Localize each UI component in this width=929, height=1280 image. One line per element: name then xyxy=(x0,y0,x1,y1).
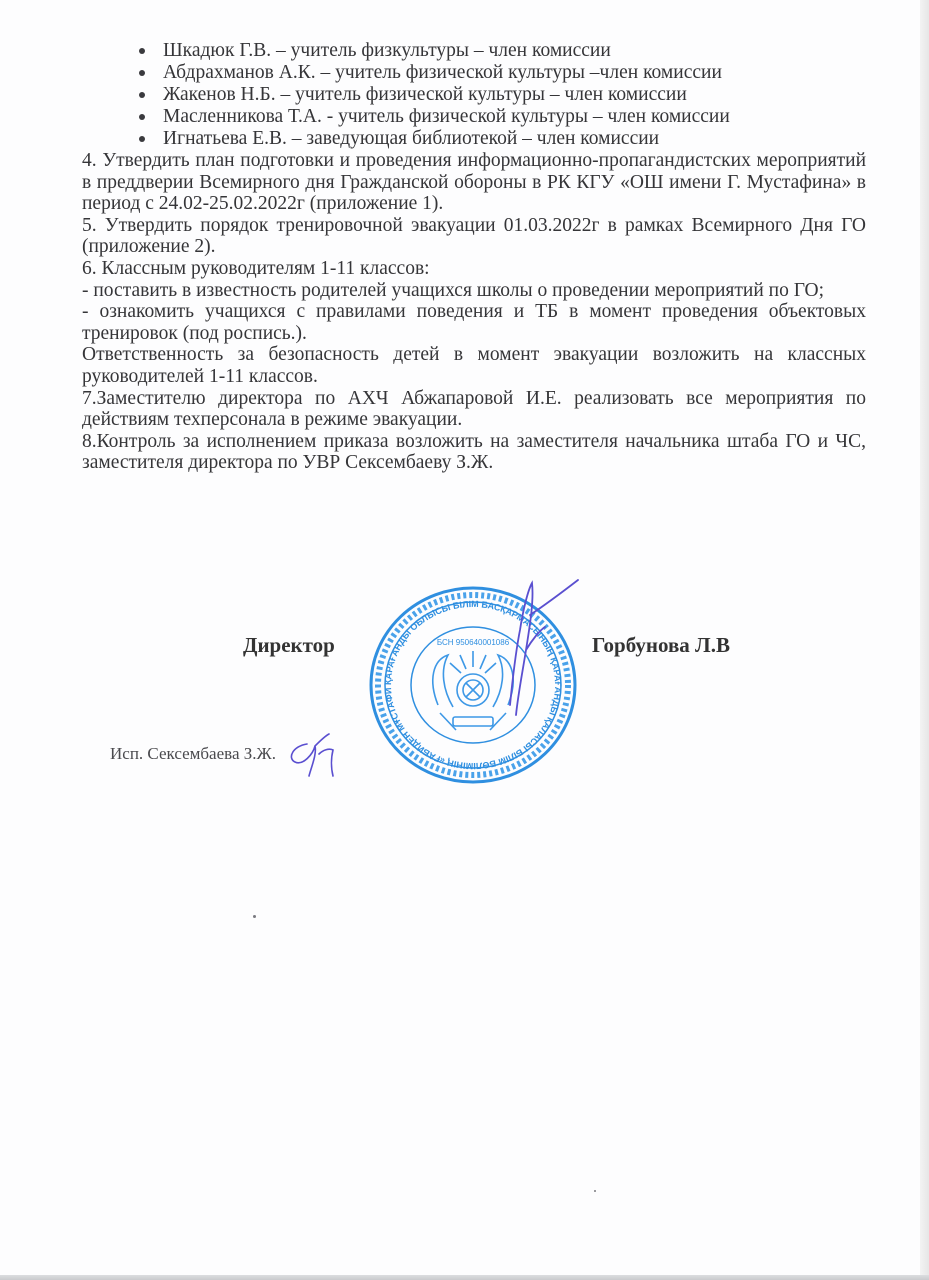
paragraph-item-6-a: - поставить в известность родителей учащ… xyxy=(82,280,866,302)
list-item: Жакенов Н.Б. – учитель физической культу… xyxy=(139,84,730,106)
paragraph-item-8: 8.Контроль за исполнением приказа возлож… xyxy=(82,431,866,474)
paragraph-responsibility: Ответственность за безопасность детей в … xyxy=(82,344,866,387)
order-body: 4. Утвердить план подготовки и проведени… xyxy=(82,150,866,474)
bullet-icon xyxy=(139,70,145,76)
signatory-title: Директор xyxy=(243,633,335,658)
list-item: Абдрахманов А.К. – учитель физической ку… xyxy=(139,62,730,84)
paragraph-item-7: 7.Заместителю директора по АХЧ Абжапаров… xyxy=(82,388,866,431)
list-item: Шкадюк Г.В. – учитель физкультуры – член… xyxy=(139,40,730,62)
bullet-icon xyxy=(139,48,145,54)
executor-line: Исп. Сексембаева З.Ж. xyxy=(110,744,276,764)
paragraph-item-5: 5. Утвердить порядок тренировочной эваку… xyxy=(82,215,866,258)
paragraph-item-4: 4. Утвердить план подготовки и проведени… xyxy=(82,150,866,215)
paragraph-item-6: 6. Классным руководителям 1-11 классов: xyxy=(82,258,866,280)
bullet-icon xyxy=(139,92,145,98)
scan-speck xyxy=(594,1190,596,1192)
list-item: Масленникова Т.А. - учитель физической к… xyxy=(139,106,730,128)
signatory-name: Горбунова Л.В xyxy=(592,633,730,658)
director-signature xyxy=(470,575,580,725)
scan-speck xyxy=(253,915,256,918)
paragraph-item-6-b: - ознакомить учащихся с правилами поведе… xyxy=(82,301,866,344)
executor-signature xyxy=(285,732,345,780)
scan-edge-right xyxy=(920,0,929,1280)
scan-edge-bottom xyxy=(0,1275,929,1280)
bullet-icon xyxy=(139,136,145,142)
list-item: Игнатьева Е.В. – заведующая библиотекой … xyxy=(139,128,730,150)
bullet-icon xyxy=(139,114,145,120)
commission-members-list: Шкадюк Г.В. – учитель физкультуры – член… xyxy=(139,40,730,150)
